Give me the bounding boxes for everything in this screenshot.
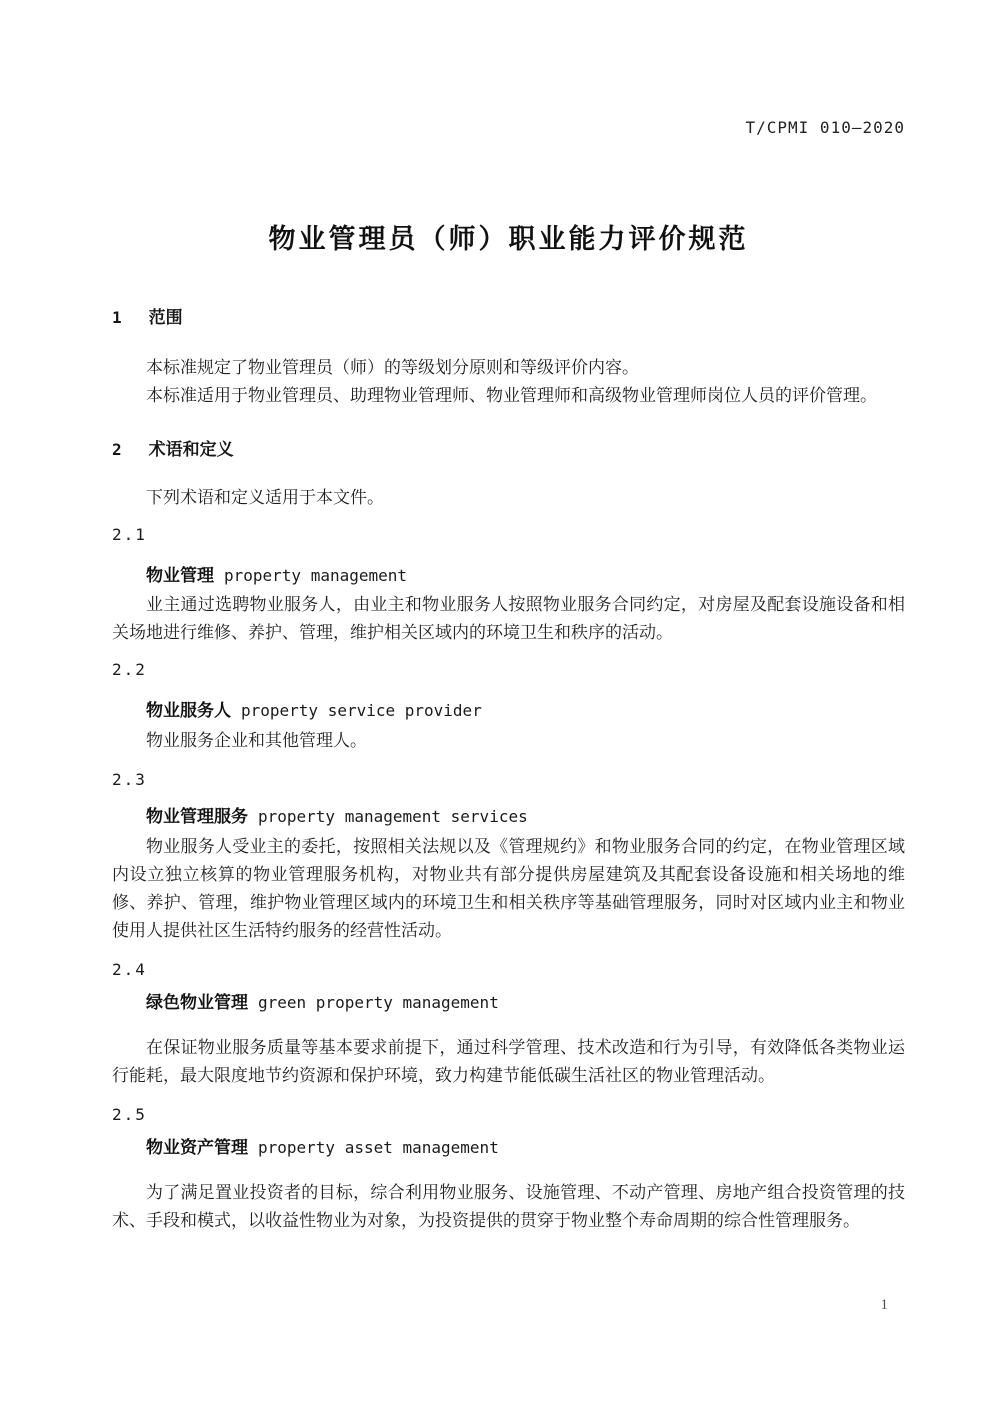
section-1-paragraph: 本标准适用于物业管理员、助理物业管理师、物业管理师和高级物业管理师岗位人员的评价… <box>112 382 905 410</box>
term-definition: 物业服务企业和其他管理人。 <box>112 727 905 755</box>
term-cn: 物业管理服务 <box>146 807 248 826</box>
section-2-heading: 2术语和定义 <box>112 438 905 462</box>
section-2-number: 2 <box>112 440 123 459</box>
term-definition: 在保证物业服务质量等基本要求前提下，通过科学管理、技术改造和行为引导，有效降低各… <box>112 1034 905 1090</box>
term-heading: 物业资产管理property asset management <box>112 1136 905 1161</box>
section-1-heading: 1范围 <box>112 306 905 330</box>
term-heading: 物业管理服务property management services <box>112 805 905 830</box>
term-number: 2.2 <box>112 659 905 681</box>
term-cn: 物业管理 <box>146 566 214 585</box>
term-definition: 物业服务人受业主的委托，按照相关法规以及《管理规约》和物业服务合同的约定，在物业… <box>112 833 905 945</box>
doc-number: T/CPMI 010—2020 <box>112 118 905 138</box>
section-1-title: 范围 <box>149 308 183 327</box>
page-number: 1 <box>881 1295 889 1315</box>
term-heading: 绿色物业管理green property management <box>112 991 905 1016</box>
term-heading: 物业管理property management <box>112 564 905 589</box>
term-definition: 为了满足置业投资者的目标，综合利用物业服务、设施管理、不动产管理、房地产组合投资… <box>112 1179 905 1235</box>
term-heading: 物业服务人property service provider <box>112 699 905 724</box>
term-cn: 绿色物业管理 <box>146 993 248 1012</box>
term-en: property management <box>224 566 407 585</box>
term-number: 2.4 <box>112 959 905 981</box>
document-content: T/CPMI 010—2020 物业管理员（师）职业能力评价规范 1范围 本标准… <box>0 118 1000 1235</box>
term-en: property asset management <box>258 1138 499 1157</box>
term-number: 2.1 <box>112 524 905 546</box>
section-1-paragraph: 本标准规定了物业管理员（师）的等级划分原则和等级评价内容。 <box>112 354 905 382</box>
section-2-paragraph: 下列术语和定义适用于本文件。 <box>112 484 905 512</box>
document-title: 物业管理员（师）职业能力评价规范 <box>112 222 905 256</box>
section-1-number: 1 <box>112 308 123 327</box>
term-cn: 物业资产管理 <box>146 1138 248 1157</box>
term-en: property service provider <box>241 701 482 720</box>
term-number: 2.3 <box>112 769 905 791</box>
term-number: 2.5 <box>112 1104 905 1126</box>
document-page: T/CPMI 010—2020 物业管理员（师）职业能力评价规范 1范围 本标准… <box>0 0 1000 1414</box>
term-definition: 业主通过选聘物业服务人，由业主和物业服务人按照物业服务合同约定，对房屋及配套设施… <box>112 591 905 647</box>
section-2-title: 术语和定义 <box>149 440 234 459</box>
term-cn: 物业服务人 <box>146 701 231 720</box>
term-en: property management services <box>258 807 528 826</box>
term-en: green property management <box>258 993 499 1012</box>
